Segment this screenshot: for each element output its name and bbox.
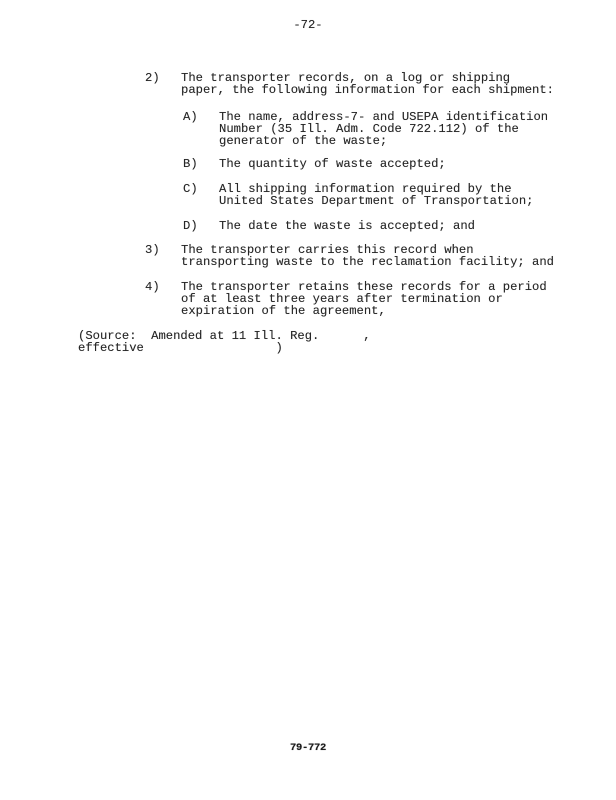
page-number-header: -72-	[0, 19, 616, 31]
source-note: (Source: Amended at 11 Ill. Reg. , effec…	[78, 330, 371, 355]
list-subitem-a: A) The name, address-7- and USEPA identi…	[0, 111, 616, 148]
list-item-2: 2) The transporter records, on a log or …	[0, 72, 616, 97]
item-number-label: 2)	[145, 72, 160, 84]
item-text: The transporter retains these records fo…	[181, 281, 616, 318]
list-subitem-d: D) The date the waste is accepted; and	[0, 220, 616, 232]
subitem-text: The name, address-7- and USEPA identific…	[219, 111, 616, 148]
subitem-text: The date the waste is accepted; and	[219, 220, 616, 232]
item-text: The transporter records, on a log or shi…	[181, 72, 616, 97]
scanned-document-page: -72- 2) The transporter records, on a lo…	[0, 0, 616, 800]
list-item-3: 3) The transporter carries this record w…	[0, 244, 616, 269]
subitem-text: All shipping information required by the…	[219, 183, 616, 208]
item-text: The transporter carries this record when…	[181, 244, 616, 269]
page-footer-stamp: 79-772	[0, 742, 616, 754]
list-subitem-c: C) All shipping information required by …	[0, 183, 616, 208]
list-item-4: 4) The transporter retains these records…	[0, 281, 616, 318]
subitem-letter-label: D)	[183, 220, 198, 232]
item-number-label: 4)	[145, 281, 160, 293]
subitem-letter-label: C)	[183, 183, 198, 195]
subitem-letter-label: B)	[183, 158, 198, 170]
item-number-label: 3)	[145, 244, 160, 256]
subitem-letter-label: A)	[183, 111, 198, 123]
subitem-text: The quantity of waste accepted;	[219, 158, 616, 170]
list-subitem-b: B) The quantity of waste accepted;	[0, 158, 616, 170]
